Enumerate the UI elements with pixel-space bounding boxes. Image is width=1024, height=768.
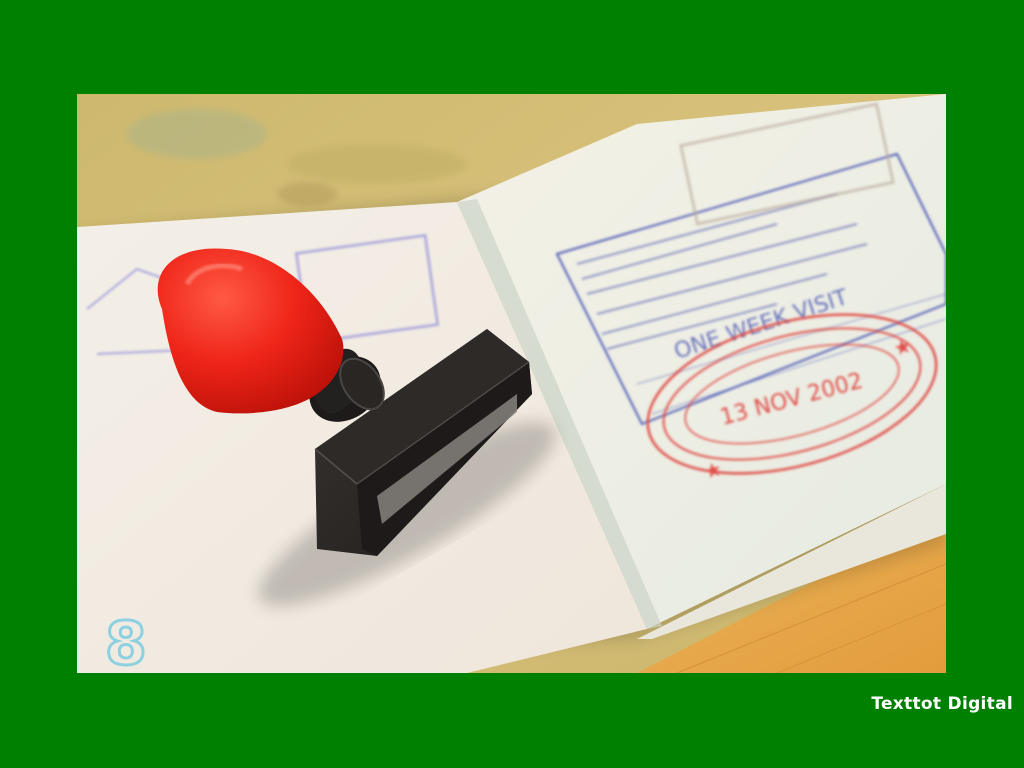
photo-illustration: 8 ONE WEEK VISIT bbox=[77, 94, 946, 673]
brand-label: Texttot Digital bbox=[871, 694, 1013, 714]
page-number: 8 bbox=[105, 609, 147, 673]
slide: 8 ONE WEEK VISIT bbox=[0, 0, 1024, 768]
passport-stamp-photo: 8 ONE WEEK VISIT bbox=[77, 94, 946, 673]
